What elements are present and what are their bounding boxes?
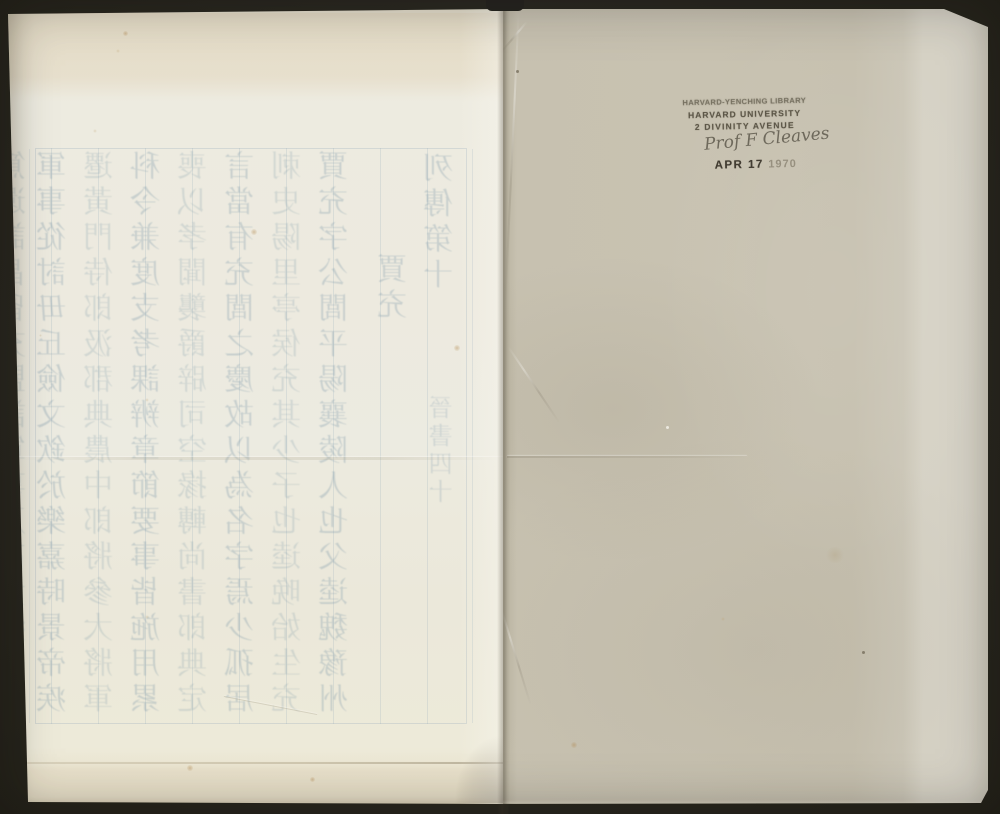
foxing-spot	[310, 777, 315, 782]
foxing-spot	[145, 398, 149, 402]
stamp-line-2: HARVARD UNIVERSITY	[665, 107, 823, 120]
showthrough-heading-column: 賈充	[381, 253, 411, 324]
left-page-top-tone-band	[8, 13, 505, 97]
showthrough-text-column: 言當有充閭之慶故以為名字焉少孤居	[228, 150, 258, 718]
book-photo: 列傳第十 晉書四十 賈充 賈充字公閭平陽襄陵人也父逵魏豫州 刺史陽里亭侯充其少子…	[0, 0, 1000, 814]
foxing-spot	[571, 742, 577, 748]
foxing-spot	[721, 617, 725, 621]
gutter-top-notch	[486, 0, 524, 11]
dark-fleck	[516, 70, 519, 73]
foxing-spot	[123, 31, 128, 36]
page-edge-shading	[8, 7, 34, 806]
crease-line	[507, 346, 560, 423]
left-page: 列傳第十 晉書四十 賈充 賈充字公閭平陽襄陵人也父逵魏豫州 刺史陽里亭侯充其少子…	[8, 7, 505, 806]
light-fleck	[666, 426, 669, 429]
date-stamp-month-day: APR 17	[715, 159, 765, 172]
library-stamp: HARVARD-YENCHING LIBRARY HARVARD UNIVERS…	[665, 95, 825, 174]
showthrough-text-column: 軍事從討毌丘儉文欽於樂嘉時景帝疾	[40, 150, 70, 718]
gutter-shadow	[497, 0, 510, 814]
date-stamp: APR 17 1970	[714, 153, 824, 173]
showthrough-text-column: 刺史陽里亭侯充其少子也逵晚始生充	[275, 150, 305, 718]
crease-line	[507, 456, 747, 458]
showthrough-text-column: 賈充字公閭平陽襄陵人也父逵魏豫州	[322, 150, 352, 718]
under-leaf-edge	[8, 762, 505, 764]
foxing-spot	[187, 765, 193, 771]
crease-line	[8, 457, 505, 460]
foxing-spot	[251, 229, 257, 235]
foxing-spot	[116, 49, 120, 53]
showthrough-text-column: 遷黃門侍郎汲郡典農中郎將參大將軍	[87, 150, 117, 718]
dark-fleck	[862, 651, 865, 654]
stain	[825, 547, 845, 563]
showthrough-title-column: 列傳第十	[427, 152, 457, 294]
showthrough-fold-column: 晉書四十	[431, 395, 455, 507]
showthrough-text-column: 科令兼度支考課辨章節要事皆施用累	[134, 150, 164, 718]
foxing-spot	[39, 334, 42, 337]
right-page: HARVARD-YENCHING LIBRARY HARVARD UNIVERS…	[503, 9, 988, 804]
foxing-spot	[93, 129, 97, 133]
stamp-line-1: HARVARD-YENCHING LIBRARY	[665, 95, 823, 107]
date-stamp-year: 1970	[768, 158, 797, 171]
page-bottom-edge-highlight	[503, 800, 988, 803]
foxing-spot	[454, 345, 460, 351]
foxing-spot	[145, 615, 149, 619]
showthrough-text-column: 喪以孝聞襲爵辟司空掾轉尚書郎典定	[181, 150, 211, 718]
